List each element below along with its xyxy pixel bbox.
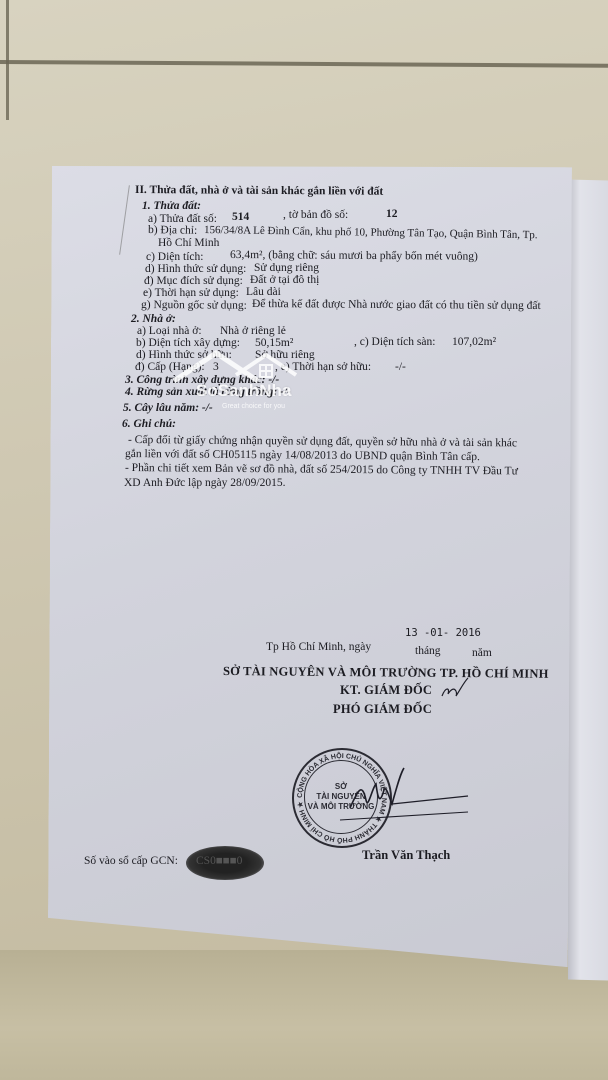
- watermark-brand: SoSanhNha: [196, 381, 291, 401]
- land-origin-value: Để thừa kế đất được Nhà nước giao đất có…: [252, 298, 541, 313]
- address-value-cont: Hồ Chí Minh: [158, 237, 219, 250]
- watermark-tagline: Great choice for you: [222, 403, 285, 410]
- section-title: II. Thửa đất, nhà ở và tài sản khác gắn …: [135, 184, 383, 199]
- address-value: 156/34/8A Lê Đình Cẩn, khu phố 10, Phườn…: [204, 224, 538, 242]
- floor-area-value: 107,02m²: [452, 336, 496, 349]
- month-label: tháng: [415, 645, 441, 658]
- year-label: năm: [472, 647, 492, 660]
- watermark: SoSanhNha Great choice for you: [166, 345, 306, 415]
- document-content: II. Thửa đất, nhà ở và tài sản khác gắn …: [0, 0, 608, 1080]
- map-sheet-label: , tờ bản đồ số:: [283, 209, 348, 222]
- ownership-term-value: -/-: [395, 361, 406, 374]
- floor-area-label: , c) Diện tích sàn:: [354, 336, 435, 349]
- land-parcel-number: 514: [232, 211, 249, 224]
- address-label: b) Địa chỉ:: [148, 224, 197, 238]
- notes-heading: 6. Ghi chú:: [122, 418, 176, 431]
- issue-date-stamp: 13 -01- 2016: [405, 627, 481, 639]
- map-sheet-number: 12: [386, 208, 398, 221]
- agency-name: SỞ TÀI NGUYÊN VÀ MÔI TRƯỜNG TP. HỒ CHÍ M…: [223, 664, 549, 681]
- signer-title-2: PHÓ GIÁM ĐỐC: [333, 702, 432, 716]
- initials-mark: [440, 676, 470, 704]
- land-origin-label: g) Nguồn gốc sử dụng:: [141, 299, 247, 313]
- registry-number-label: Số vào sổ cấp GCN:: [84, 855, 178, 868]
- signer-name: Trần Văn Thạch: [362, 848, 450, 862]
- place-date-label: Tp Hồ Chí Minh, ngày: [266, 641, 371, 654]
- note-2-line-2: XD Anh Đức lập ngày 28/09/2015.: [124, 477, 285, 490]
- land-heading: 1. Thửa đất:: [142, 200, 201, 213]
- signer-title-1: KT. GIÁM ĐỐC: [340, 683, 432, 697]
- house-logo-icon: [166, 345, 306, 385]
- handwritten-signature: [330, 760, 470, 830]
- registry-number-value: CS0■■■0: [196, 855, 242, 868]
